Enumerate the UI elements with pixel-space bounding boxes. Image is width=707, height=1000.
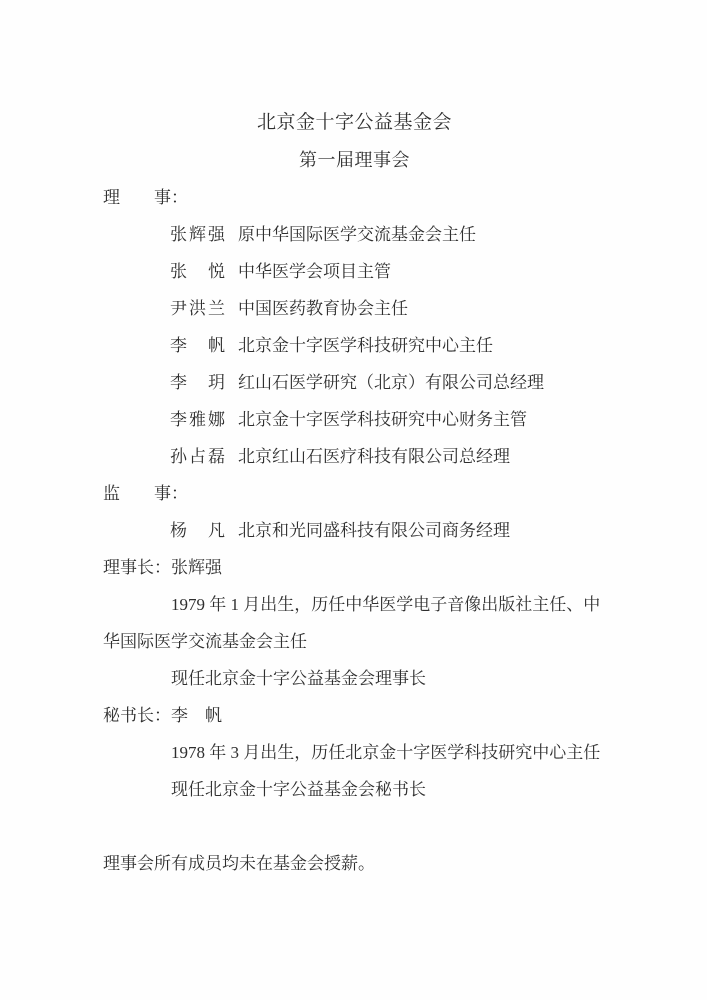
member-role: 中国医药教育协会主任 xyxy=(238,299,408,318)
member-role: 北京和光同盛科技有限公司商务经理 xyxy=(238,521,510,540)
director-row: 李 玥红山石医学研究（北京）有限公司总经理 xyxy=(103,364,606,401)
document-title: 北京金十字公益基金会 xyxy=(103,104,606,142)
chairman-bio: 1979 年 1 月出生，历任中华医学电子音像出版社主任、中华国际医学交流基金会… xyxy=(103,586,606,660)
secretary-general-current-position: 现任北京金十字公益基金会秘书长 xyxy=(103,771,606,808)
member-role: 北京金十字医学科技研究中心财务主管 xyxy=(238,410,527,429)
secretary-general-name: 李 帆 xyxy=(171,706,222,725)
document-subtitle: 第一届理事会 xyxy=(103,142,606,179)
document-page: 北京金十字公益基金会 第一届理事会 理 事： 张辉强原中华国际医学交流基金会主任… xyxy=(0,0,707,1000)
member-name: 杨 凡 xyxy=(170,512,238,549)
chairman-label: 理事长： xyxy=(103,558,171,577)
footer-note: 理事会所有成员均未在基金会授薪。 xyxy=(103,845,606,882)
member-name: 李 玥 xyxy=(170,364,238,401)
director-row: 张辉强原中华国际医学交流基金会主任 xyxy=(103,216,606,253)
chairman-current-position: 现任北京金十字公益基金会理事长 xyxy=(103,660,606,697)
chairman-name: 张辉强 xyxy=(171,558,222,577)
supervisor-row: 杨 凡北京和光同盛科技有限公司商务经理 xyxy=(103,512,606,549)
directors-heading: 理 事： xyxy=(103,179,606,216)
document-content: 北京金十字公益基金会 第一届理事会 理 事： 张辉强原中华国际医学交流基金会主任… xyxy=(103,104,606,882)
director-row: 李雅娜北京金十字医学科技研究中心财务主管 xyxy=(103,401,606,438)
director-row: 李 帆北京金十字医学科技研究中心主任 xyxy=(103,327,606,364)
supervisors-heading: 监 事： xyxy=(103,475,606,512)
chairman-line: 理事长：张辉强 xyxy=(103,549,606,586)
director-row: 张 悦中华医学会项目主管 xyxy=(103,253,606,290)
member-name: 孙占磊 xyxy=(170,438,238,475)
director-row: 尹洪兰中国医药教育协会主任 xyxy=(103,290,606,327)
member-name: 尹洪兰 xyxy=(170,290,238,327)
member-role: 北京红山石医疗科技有限公司总经理 xyxy=(238,447,510,466)
secretary-general-label: 秘书长： xyxy=(103,706,171,725)
member-role: 北京金十字医学科技研究中心主任 xyxy=(238,336,493,355)
secretary-general-bio: 1978 年 3 月出生，历任北京金十字医学科技研究中心主任 xyxy=(103,734,606,771)
director-row: 孙占磊北京红山石医疗科技有限公司总经理 xyxy=(103,438,606,475)
secretary-general-line: 秘书长：李 帆 xyxy=(103,697,606,734)
member-role: 原中华国际医学交流基金会主任 xyxy=(238,225,476,244)
member-role: 红山石医学研究（北京）有限公司总经理 xyxy=(238,373,544,392)
member-name: 李雅娜 xyxy=(170,401,238,438)
member-name: 李 帆 xyxy=(170,327,238,364)
member-name: 张辉强 xyxy=(170,216,238,253)
member-role: 中华医学会项目主管 xyxy=(238,262,391,281)
member-name: 张 悦 xyxy=(170,253,238,290)
